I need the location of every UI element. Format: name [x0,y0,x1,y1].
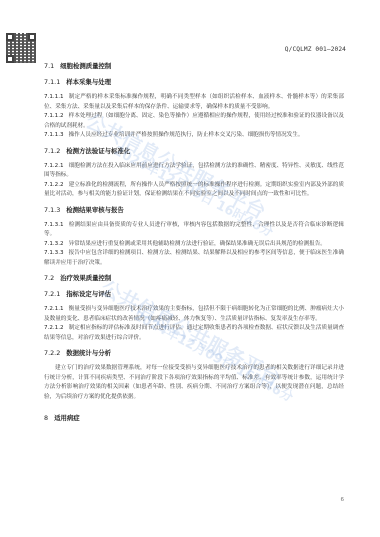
qr-finder-pattern [6,55,14,63]
heading-title: 检测方法验证与标准化 [66,147,130,155]
paragraph-7-1-3-2: 7.1.3.2异常结果应进行重复检测或采用其他辅助检测方法进行验证，确保结果准确… [44,240,344,250]
paragraph-7-1-2-2: 7.1.2.2建立标准化的检测流程，所有操作人员严格按照统一的标准操作程序进行检… [44,181,344,200]
heading-7-2-1: 7.2.1指标设定与评估 [44,290,344,299]
paragraph-7-1-1-2: 7.1.1.2样本处理过程（如细胞分离、固定、染色等操作）应遵循相应的操作规程，… [44,112,344,131]
heading-title: 样本采集与处理 [66,78,111,86]
heading-7-2-2: 7.2.2数据统计与分析 [44,349,344,358]
clause-number: 7.2.1.1 [44,306,64,312]
heading-title: 指标设定与评估 [66,290,111,298]
paragraph-7-1-2-1: 7.1.2.1细胞检测方法在投入临床应用前应进行方法学验证，包括检测方法的准确性… [44,162,344,181]
document-id: Q/CQLMZ 001—2024 [285,46,346,53]
heading-title: 适用病症 [54,414,80,422]
heading-number: 7.2 [44,274,54,282]
heading-title: 数据统计与分析 [66,349,111,357]
paragraph-7-1-3-3: 7.1.3.3报告中应包含详细的检测项目、检测方法、检测结果、结果解释以及相应的… [44,249,344,268]
document-page: Q/CQLMZ 001—2024 7.1细胞检测质量控制 7.1.1样本采集与处… [0,0,380,537]
heading-number: 7.1.1 [44,78,60,86]
clause-number: 7.1.3.3 [44,250,64,256]
heading-title: 检测结果审核与报告 [66,206,124,214]
paragraph-7-2-2: 建立专门的治疗效果数据管理系统，对每一位接受受损与变异细胞医疗技术治疗的患者的相… [44,364,344,402]
clause-number: 7.1.3.1 [44,222,64,228]
clause-text: 异常结果应进行重复检测或采用其他辅助检测方法进行验证，确保结果准确无误后出具规范… [69,241,326,247]
clause-number: 7.1.1.3 [44,132,64,138]
heading-8: 8适用病症 [44,414,344,423]
page-number: 6 [340,497,344,503]
heading-7-1-3: 7.1.3检测结果审核与报告 [44,206,344,215]
heading-number: 7.2.1 [44,290,60,298]
qr-code [6,33,36,63]
clause-text: 操作人员应经过专业培训并严格按照操作规范执行，防止样本交叉污染、细胞损伤等情况发… [69,132,304,138]
clause-text: 制定严格的样本采集标准操作规程，明确不同类型样本（如组织活检样本、血液样本、骨髓… [44,94,344,110]
heading-7-2: 7.2治疗效果质量控制 [44,274,344,283]
heading-7-1-2: 7.1.2检测方法验证与标准化 [44,147,344,156]
heading-title: 治疗效果质量控制 [60,274,111,282]
clause-text: 报告中应包含详细的检测项目、检测方法、检测结果、结果解释以及相应的参考区间等信息… [44,250,344,266]
clause-number: 7.1.1.2 [44,113,64,119]
paragraph-7-1-3-1: 7.1.3.1检测结果应由具备资质的专业人员进行审核，审核内容包括数据的完整性、… [44,221,344,240]
clause-number: 7.1.1.1 [44,94,64,100]
paragraph-7-2-1-1: 7.2.1.1衡量受损与变异细胞医疗技术治疗效果的主要指标，包括但不限于病细胞转… [44,305,344,324]
heading-number: 7.2.2 [44,349,60,357]
paragraph-7-1-1-3: 7.1.1.3操作人员应经过专业培训并严格按照操作规范执行，防止样本交叉污染、细… [44,131,344,141]
heading-7-1: 7.1细胞检测质量控制 [44,62,344,71]
heading-7-1-1: 7.1.1样本采集与处理 [44,78,344,87]
qr-finder-pattern [28,33,36,41]
clause-number: 7.1.3.2 [44,241,64,247]
clause-number: 7.1.2.1 [44,163,64,169]
heading-number: 8 [44,414,48,422]
clause-text: 制定相应指标的评估标准及时间节点进行评估，通过定期收集患者的各项检查数据、症状反… [44,325,344,341]
paragraph-7-1-1-1: 7.1.1.1制定严格的样本采集标准操作规程，明确不同类型样本（如组织活检样本、… [44,93,344,112]
heading-title: 细胞检测质量控制 [60,62,111,70]
clause-text: 细胞检测方法在投入临床应用前应进行方法学验证，包括检测方法的准确性、精密度、特异… [44,163,344,179]
clause-text: 衡量受损与变异细胞医疗技术治疗效果的主要指标，包括但不限于病细胞转化为正常细胞的… [44,306,344,322]
heading-number: 7.1.2 [44,147,60,155]
clause-text: 建立标准化的检测流程，所有操作人员严格按照统一的标准操作程序进行检测。定期组织实… [44,182,344,198]
qr-finder-pattern [6,33,14,41]
paragraph-7-2-1-2: 7.2.1.2制定相应指标的评估标准及时间节点进行评估，通过定期收集患者的各项检… [44,324,344,343]
clause-text: 检测结果应由具备资质的专业人员进行审核，审核内容包括数据的完整性、合理性以及是否… [44,222,344,238]
heading-number: 7.1.3 [44,206,60,214]
clause-number: 7.2.1.2 [44,325,64,331]
document-body: 7.1细胞检测质量控制 7.1.1样本采集与处理 7.1.1.1制定严格的样本采… [44,62,344,430]
clause-text: 样本处理过程（如细胞分离、固定、染色等操作）应遵循相应的操作规程，使用经过校准和… [44,113,344,129]
clause-number: 7.1.2.2 [44,182,64,188]
heading-number: 7.1 [44,62,54,70]
